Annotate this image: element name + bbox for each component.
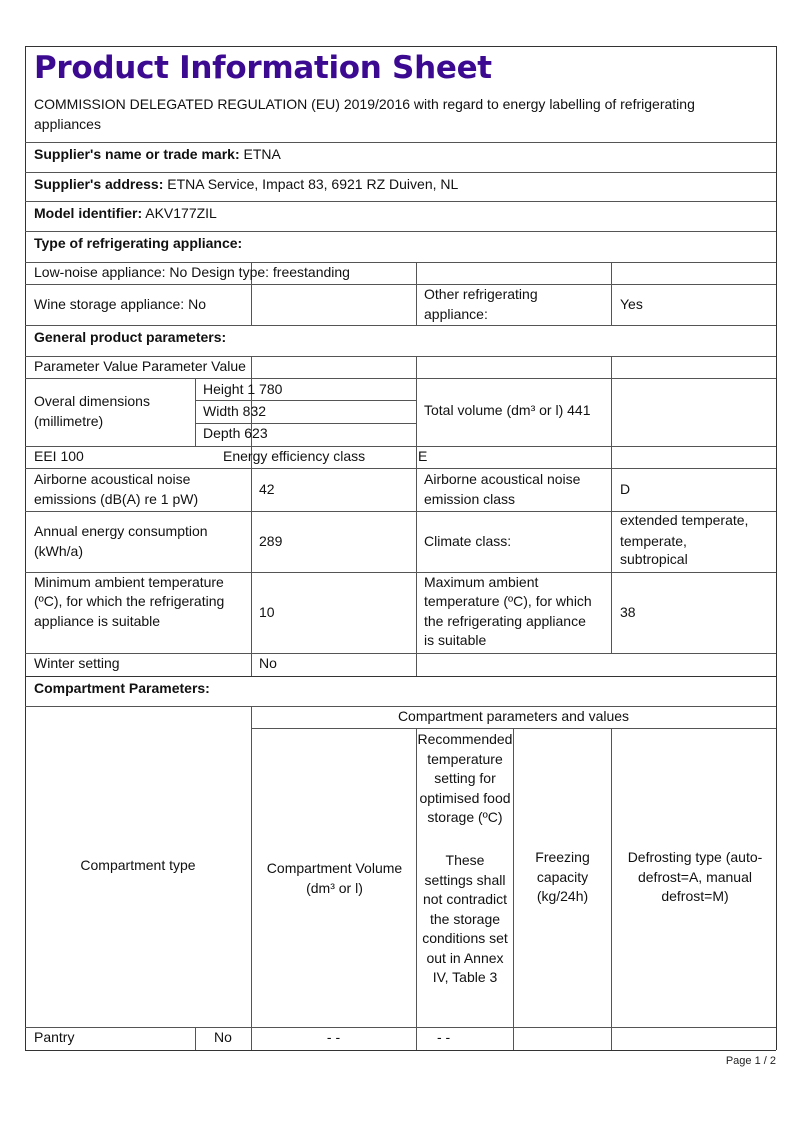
rule: [25, 231, 776, 232]
wine-storage: Wine storage appliance: No: [34, 295, 206, 315]
min-temp-value: 10: [259, 603, 275, 623]
compartment-params-header: Compartment parameters and values: [251, 707, 776, 727]
rule: [611, 728, 612, 1050]
rule: [251, 706, 252, 1050]
rule: [25, 284, 776, 285]
model-identifier: Model identifier: AKV177ZIL: [34, 204, 217, 224]
rule: [25, 325, 776, 326]
noise-value: 42: [259, 480, 275, 500]
noise-class-value: D: [620, 480, 630, 500]
supplier-name: Supplier's name or trade mark: ETNA: [34, 145, 281, 165]
dimensions-label: Overal dimensions (millimetre): [34, 392, 189, 431]
type-heading: Type of refrigerating appliance:: [34, 234, 242, 254]
eei: EEI 100: [34, 447, 84, 467]
param-header: Parameter Value Parameter Value: [34, 357, 246, 377]
rule: [611, 356, 612, 653]
general-heading: General product parameters:: [34, 328, 226, 348]
compartment-volume-header: Compartment Volume (dm³ or l): [262, 859, 407, 898]
rule: [25, 172, 776, 173]
defrosting-type-header: Defrosting type (auto-defrost=A, manual …: [616, 848, 774, 907]
dimension-depth: Depth 623: [203, 424, 268, 444]
regulation-text: COMMISSION DELEGATED REGULATION (EU) 201…: [34, 95, 734, 134]
other-appliance-label: Other refrigerating appliance:: [424, 285, 604, 324]
supplier-name-value: ETNA: [240, 146, 281, 162]
rule: [195, 400, 416, 401]
compartment-type-header: Compartment type: [25, 856, 251, 876]
supplier-address: Supplier's address: ETNA Service, Impact…: [34, 175, 458, 195]
low-noise-design-type: Low-noise appliance: No Design type: fre…: [34, 263, 350, 283]
total-volume: Total volume (dm³ or l) 441: [424, 401, 591, 421]
other-appliance-value: Yes: [620, 295, 643, 315]
model-identifier-label: Model identifier:: [34, 205, 142, 221]
noise-class-label: Airborne acoustical noise emission class: [424, 470, 604, 509]
rule: [25, 468, 776, 469]
compartment-volume: - -: [251, 1028, 416, 1048]
page-title: Product Information Sheet: [34, 48, 492, 88]
supplier-address-value: ETNA Service, Impact 83, 6921 RZ Duiven,…: [163, 176, 458, 192]
max-temp-value: 38: [620, 603, 636, 623]
recommended-temp-note: These settings shall not contradict the …: [420, 851, 510, 988]
recommended-temp-header: Recommended temperature setting for opti…: [410, 730, 520, 828]
dimension-width: Width 832: [203, 402, 266, 422]
noise-label: Airborne acoustical noise emissions (dB(…: [34, 470, 249, 509]
rule: [25, 446, 776, 447]
table-border-bottom: [25, 1050, 776, 1051]
dimension-height: Height 1 780: [203, 380, 282, 400]
climate-value-1: extended temperate,: [620, 511, 748, 531]
climate-value-2: temperate,: [620, 532, 687, 552]
page-number: Page 1 / 2: [726, 1055, 776, 1067]
annual-energy-value: 289: [259, 532, 282, 552]
model-identifier-value: AKV177ZIL: [142, 205, 217, 221]
compartment-type: Pantry: [34, 1028, 74, 1048]
compartment-present: No: [195, 1028, 251, 1048]
winter-label: Winter setting: [34, 654, 120, 674]
rule: [25, 378, 776, 379]
table-border-top: [25, 46, 776, 47]
table-border-left: [25, 46, 26, 1050]
rule: [25, 653, 776, 654]
compartment-heading: Compartment Parameters:: [34, 679, 210, 699]
min-temp-label: Minimum ambient temperature (ºC), for wh…: [34, 573, 244, 631]
supplier-address-label: Supplier's address:: [34, 176, 163, 192]
energy-class-label: Energy efficiency class: [223, 447, 365, 467]
rule: [251, 468, 252, 676]
climate-label: Climate class:: [424, 532, 511, 552]
max-temp-label: Maximum ambient temperature (ºC), for wh…: [424, 573, 599, 650]
compartment-rec-temp: - -: [437, 1028, 450, 1048]
climate-value-3: subtropical: [620, 550, 688, 570]
annual-energy-label: Annual energy consumption (kWh/a): [34, 522, 249, 561]
freezing-capacity-header: Freezing capacity (kg/24h): [520, 848, 605, 907]
table-border-right: [776, 46, 777, 1050]
rule: [25, 201, 776, 202]
rule: [416, 262, 417, 325]
rule: [195, 378, 196, 446]
energy-class-value: E: [418, 447, 427, 467]
supplier-name-label: Supplier's name or trade mark:: [34, 146, 240, 162]
winter-value: No: [259, 654, 277, 674]
product-information-sheet: Product Information Sheet COMMISSION DEL…: [0, 0, 802, 1134]
rule: [416, 653, 417, 676]
rule: [25, 142, 776, 143]
rule: [611, 262, 612, 325]
rule: [25, 676, 776, 677]
rule: [416, 356, 417, 653]
rule: [251, 356, 252, 378]
